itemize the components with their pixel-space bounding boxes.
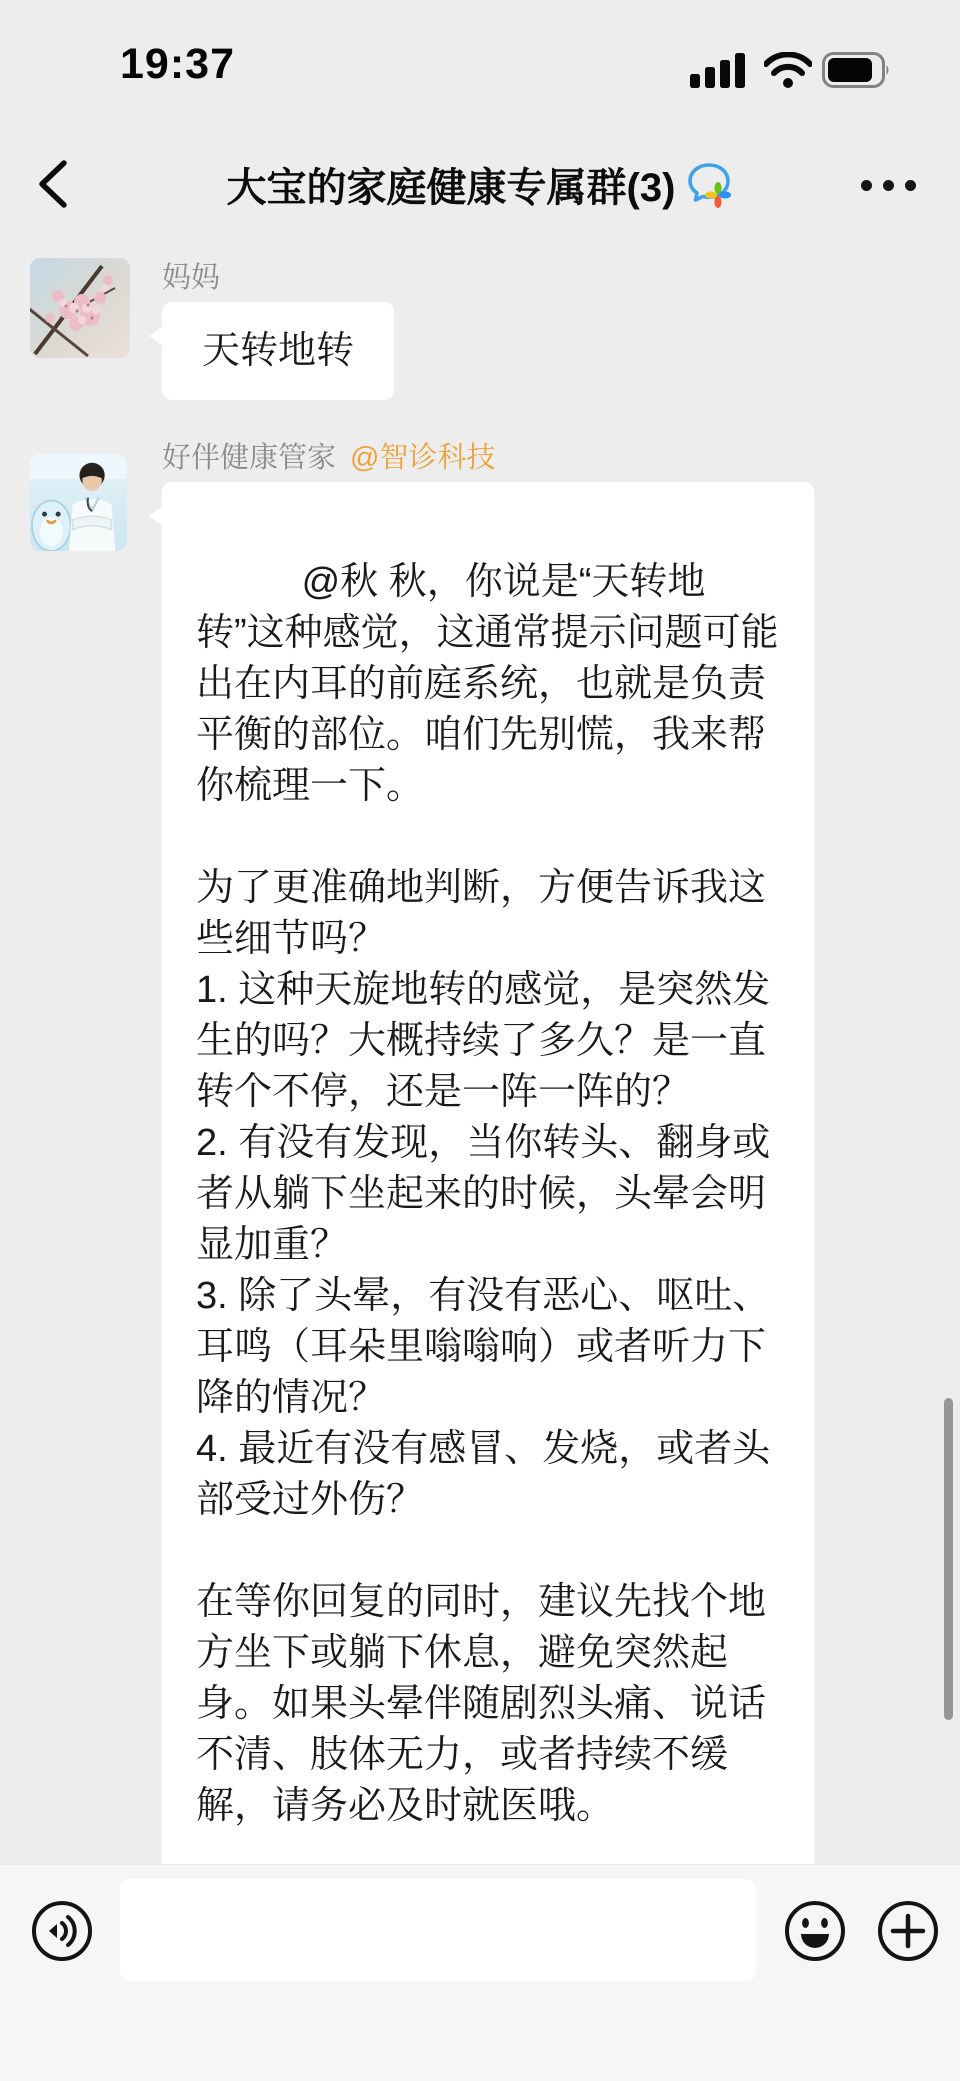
ellipsis-dot [905,180,916,191]
cellular-signal-icon [690,52,746,88]
avatar-mom[interactable] [30,258,130,358]
emoji-button[interactable] [783,1899,847,1963]
message-text: 天转地转 [202,330,354,372]
chat-bubble-pinwheel-icon [685,160,733,208]
sender-name: 妈妈 [162,256,220,300]
battery-icon [822,52,892,88]
message-input[interactable] [120,1879,756,1981]
message-body: 好伴健康管家 @智诊科技 @秋 秋，你说是“天转地转”这种感觉，这通常提示问题可… [162,436,930,1864]
message-text: @秋 秋，你说是“天转地转”这种感觉，这通常提示问题可能出在内耳的前庭系统，也就… [196,561,779,1864]
ellipsis-dot [883,180,894,191]
nav-bar: 大宝的家庭健康专属群(3) [0,110,960,216]
message-row-mom: 妈妈 天转地转 [0,256,960,400]
ellipsis-dot [861,180,872,191]
sender-name: 好伴健康管家 [162,436,336,480]
chat-title-row: 大宝的家庭健康专属群(3) [0,158,960,210]
doctor-with-mascot-photo [30,454,127,551]
chat-title: 大宝的家庭健康专属群(3) [227,156,676,213]
more-button[interactable] [856,170,920,200]
message-row-assistant: 好伴健康管家 @智诊科技 @秋 秋，你说是“天转地转”这种感觉，这通常提示问题可… [0,436,960,1864]
voice-button[interactable] [30,1899,94,1963]
message-bubble[interactable]: @秋 秋，你说是“天转地转”这种感觉，这通常提示问题可能出在内耳的前庭系统，也就… [162,482,814,1864]
input-bar [0,1864,960,2081]
scrollbar-thumb[interactable] [944,1398,953,1720]
emoji-icon [783,1899,847,1963]
status-time: 19:37 [120,40,235,89]
message-bubble[interactable]: 天转地转 [162,302,394,400]
avatar-health-assistant[interactable] [30,454,127,551]
plus-icon [876,1899,940,1963]
message-body: 妈妈 天转地转 [162,256,930,400]
cherry-blossom-photo [30,258,130,358]
status-bar: 19:37 [0,0,960,110]
chat-area: 妈妈 天转地转 [0,216,960,1864]
sender-mention-tag[interactable]: @智诊科技 [350,436,495,480]
wechat-group-chat-screen: 19:37 大宝的家庭健康专属群(3) [0,0,960,2081]
wifi-icon [764,52,812,88]
plus-button[interactable] [876,1899,940,1963]
sender-label: 好伴健康管家 @智诊科技 [162,436,930,480]
sender-label: 妈妈 [162,256,930,300]
voice-icon [30,1899,94,1963]
